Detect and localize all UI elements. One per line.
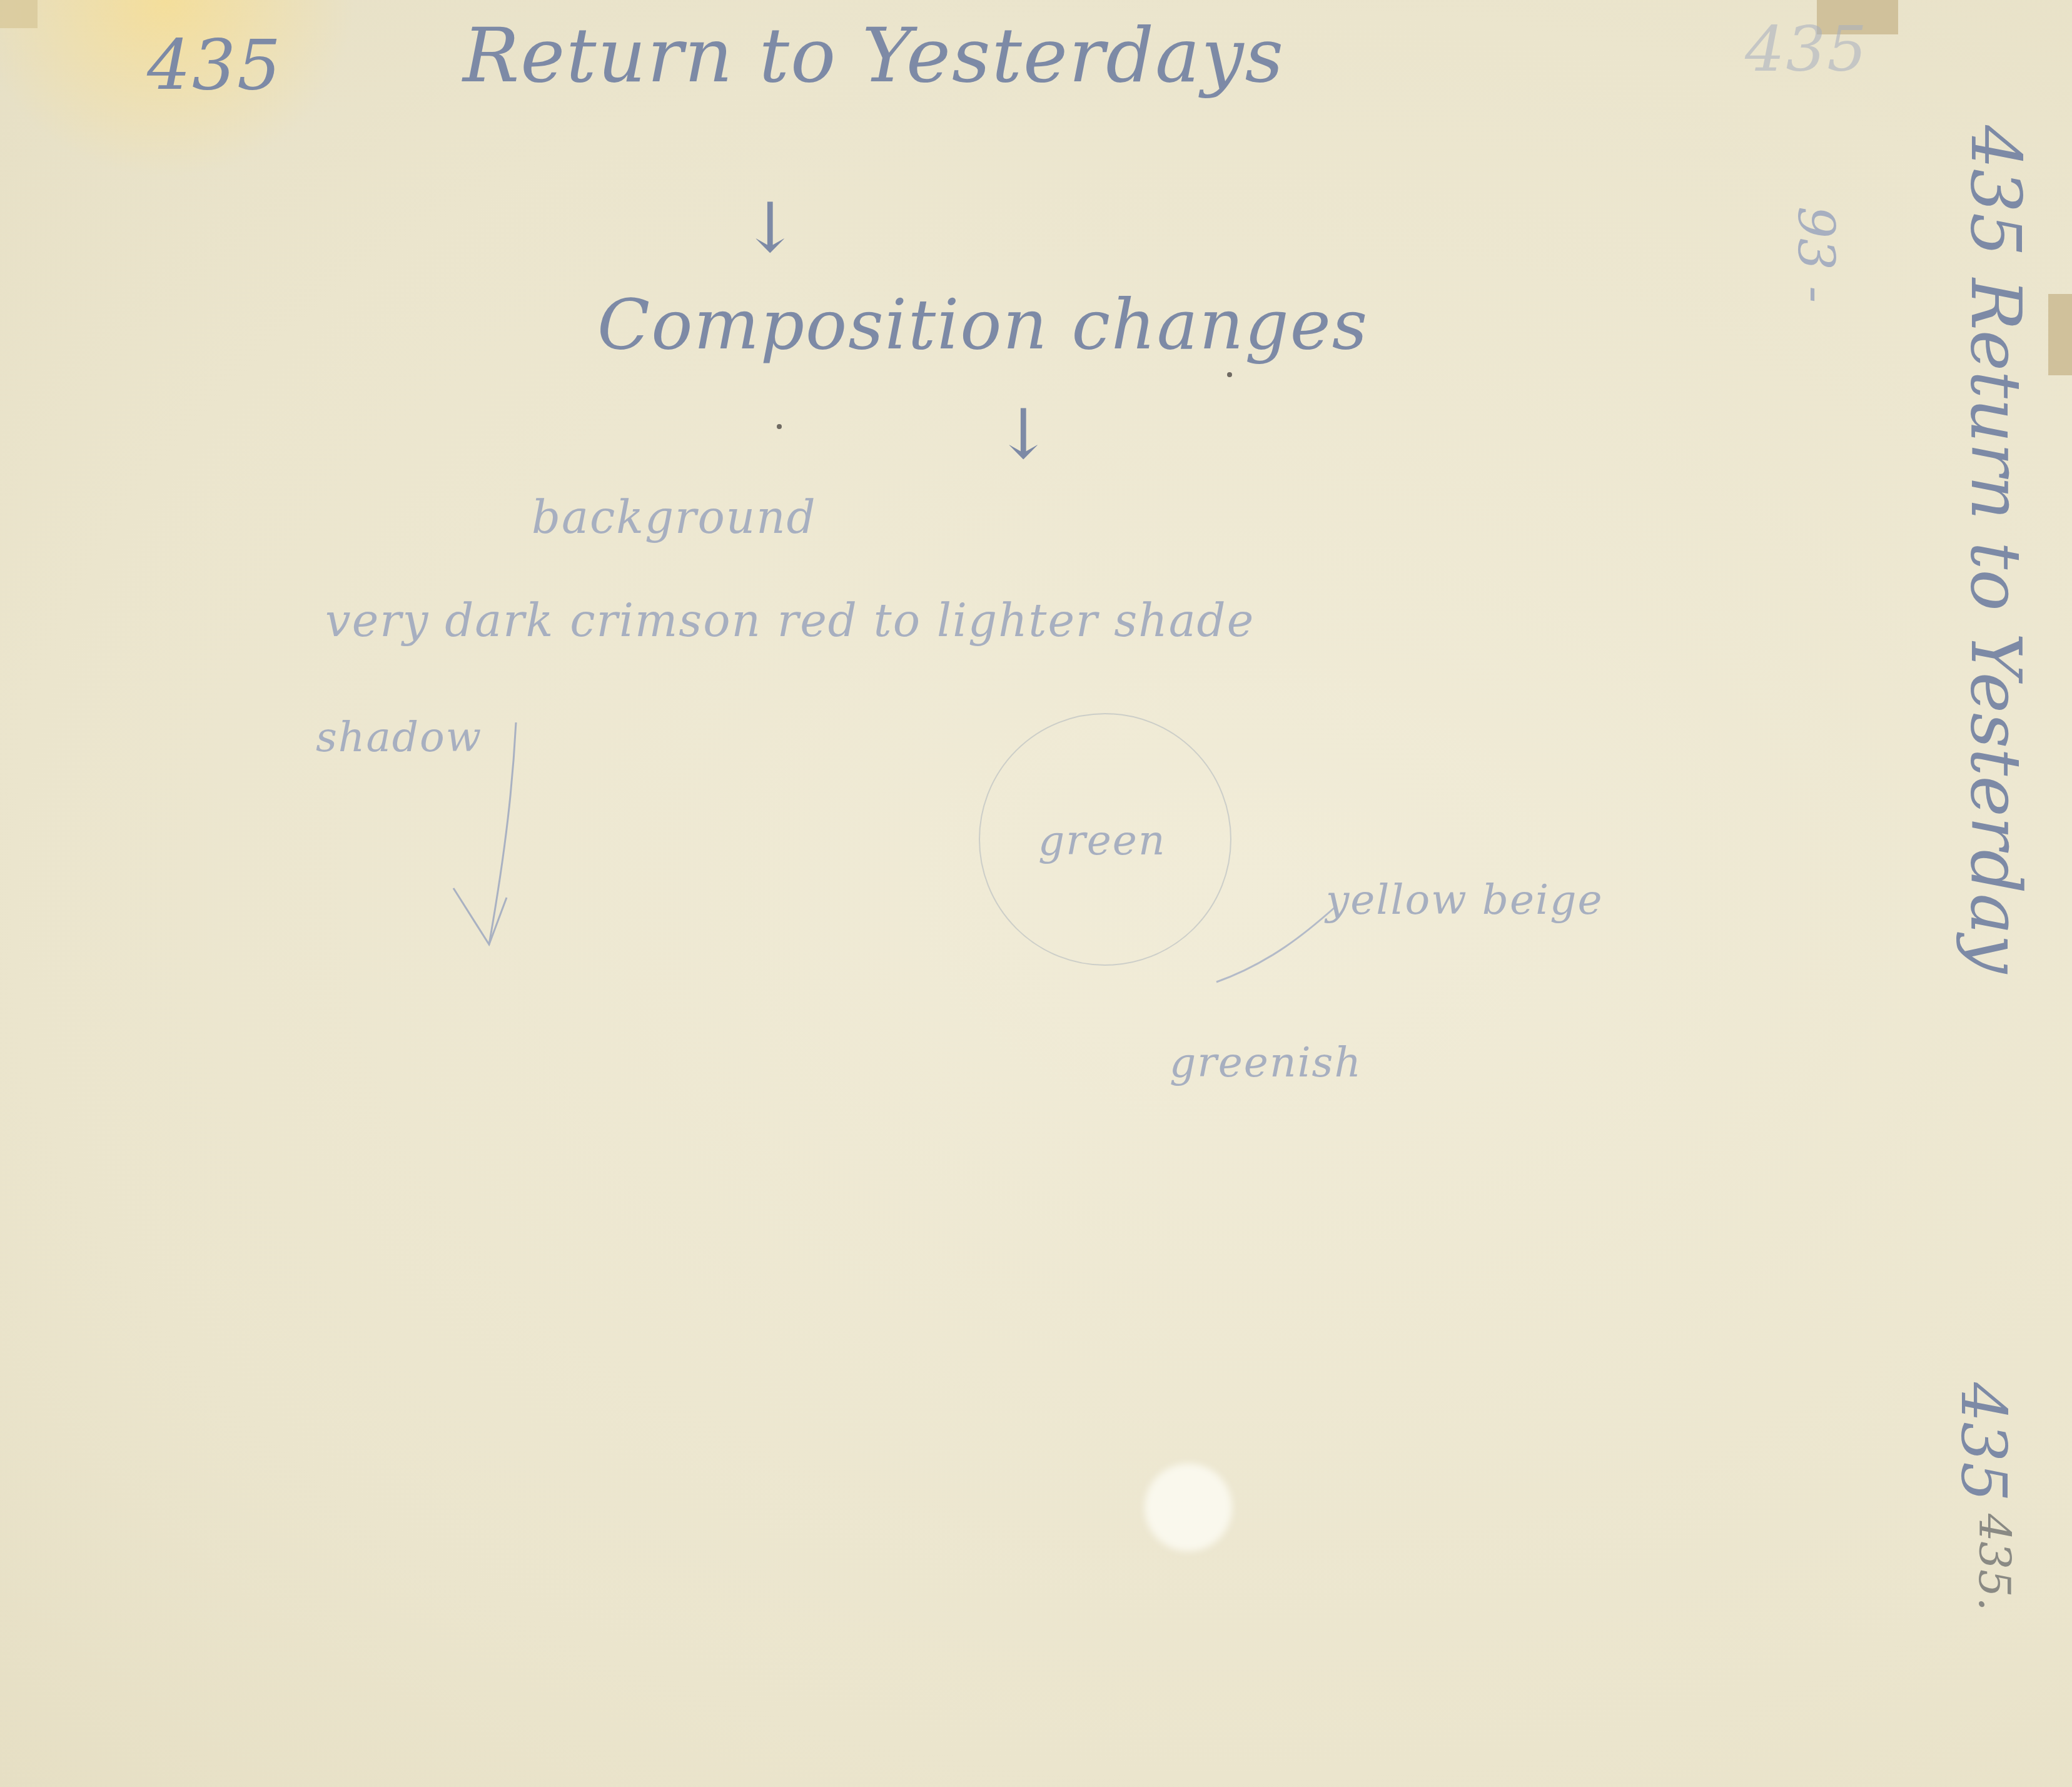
note-background-detail: very dark crimson red to lighter shade: [325, 594, 1255, 647]
note-background-label: background: [532, 491, 817, 544]
pointer-line: [1213, 901, 1338, 988]
pencil-dot: [777, 424, 782, 429]
paper-sheet: 435 Return to Yesterdays 435 ↓ Compositi…: [0, 0, 2072, 1787]
paper-smudge: [1145, 1464, 1232, 1551]
margin-vertical-code: 93 -: [1787, 206, 1845, 303]
margin-number-gray: 435.: [1969, 1514, 2020, 1611]
down-arrow-icon: ↓: [994, 394, 1053, 474]
margin-vertical-title: 435 Return to Yesterday: [1956, 125, 2036, 973]
note-yellow-beige: yellow beige: [1326, 876, 1604, 924]
faint-number-top-right: 435: [1745, 13, 1868, 86]
tape-remnant-top-left: [0, 0, 38, 28]
margin-number-blue: 435: [1947, 1382, 2020, 1502]
header-number: 435: [147, 25, 282, 105]
tape-remnant-right-edge: [2048, 294, 2072, 375]
header-title: Return to Yesterdays: [463, 13, 1285, 99]
note-circle-label: green: [1038, 816, 1166, 864]
down-arrow-icon: ↓: [741, 188, 800, 268]
shadow-arrow-icon: [438, 719, 525, 957]
note-greenish: greenish: [1170, 1038, 1362, 1086]
subtitle: Composition changes: [597, 285, 1368, 365]
pencil-dot: [1227, 372, 1232, 377]
